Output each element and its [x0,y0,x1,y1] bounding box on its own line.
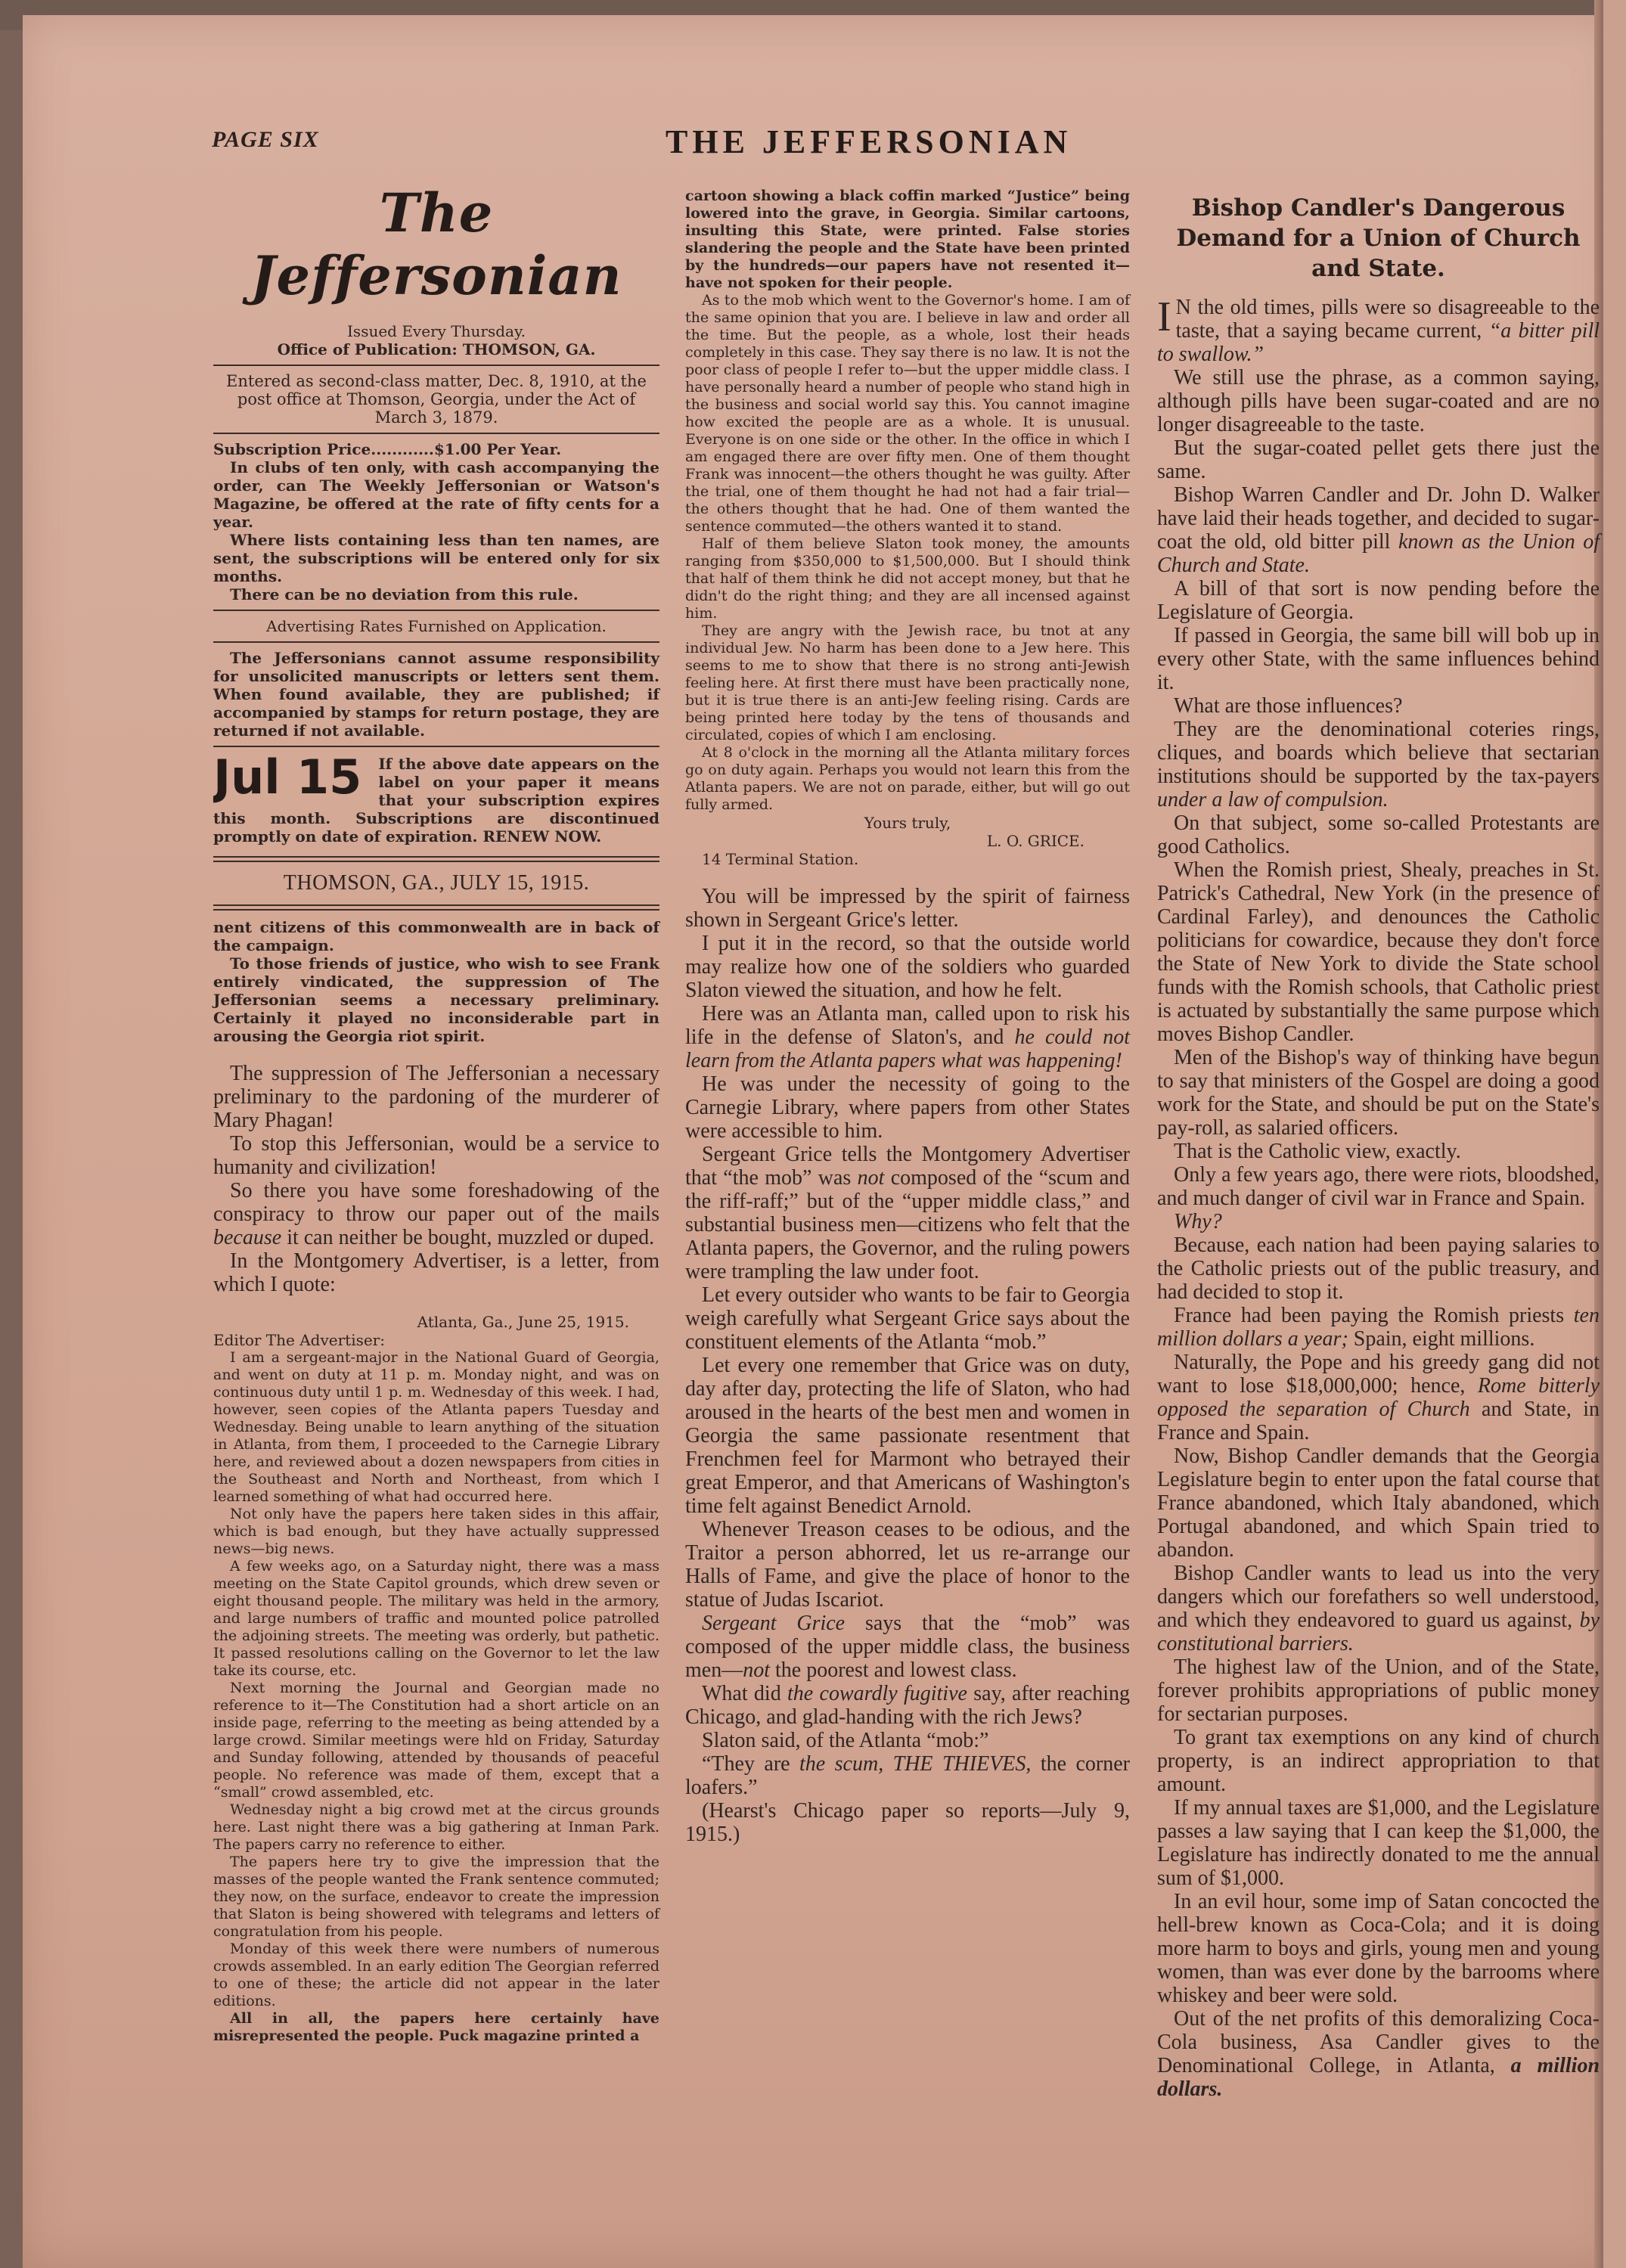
article-text: In an evil hour, some imp of Satan conco… [1157,1890,1600,2007]
letter-address: 14 Terminal Station. [685,850,1130,868]
column-left: The Jeffersonian Issued Every Thursday. … [213,182,659,2045]
article-text: To stop this Jeffersonian, would be a se… [213,1132,659,1179]
letter-closing: Yours truly, [685,814,1130,832]
letter-text: Wednesday night a big crowd met at the c… [213,1801,659,1854]
article-text: What are those influences? [1157,694,1600,718]
article-text: Bishop Candler wants to lead us into the… [1157,1562,1600,1655]
column-right: Bishop Candler's Dangerous Demand for a … [1157,193,1600,2101]
article-text: To those friends of justice, who wish to… [213,954,659,1045]
article-text: I put it in the record, so that the outs… [685,932,1130,1002]
article-text: The suppression of The Jeffersonian a ne… [213,1062,659,1132]
issued-line: Issued Every Thursday. [213,322,659,340]
divider [213,610,659,611]
article-text: They are the denominational coteries rin… [1157,718,1600,811]
article-text: Whenever Treason ceases to be odious, an… [685,1518,1130,1612]
expiry-box: Jul 15 If the above date appears on the … [213,755,659,845]
lists-notice: Where lists containing less than ten nam… [213,531,659,585]
letter-salutation: Editor The Advertiser: [213,1331,659,1349]
article-text: You will be impressed by the spirit of f… [685,885,1130,932]
article-text: Sergeant Grice says that the “mob” was c… [685,1612,1130,1682]
adjacent-page-strip [1603,0,1626,2268]
responsibility-notice: The Jeffersonians cannot assume responsi… [213,649,659,740]
article-text: Let every outsider who wants to be fair … [685,1283,1130,1354]
letter-text: I am a sergeant-major in the National Gu… [213,1349,659,1506]
article-text: So there you have some foreshadowing of … [213,1179,659,1249]
divider [213,433,659,434]
divider [213,641,659,643]
letter-text: A few weeks ago, on a Saturday night, th… [213,1558,659,1680]
letter-text: Monday of this week there were numbers o… [213,1941,659,2010]
article-text: Why? [1157,1210,1600,1233]
letter-signature: L. O. GRICE. [685,832,1130,850]
advertising-notice: Advertising Rates Furnished on Applicati… [213,617,659,635]
letter-text: Not only have the papers here taken side… [213,1506,659,1558]
article-text: That is the Catholic view, exactly. [1157,1140,1600,1163]
article-text: Out of the net profits of this demoraliz… [1157,2007,1600,2101]
article-text: To grant tax exemptions on any kind of c… [1157,1726,1600,1796]
letter-text: As to the mob which went to the Governor… [685,292,1130,535]
article-text: In the Montgomery Advertiser, is a lette… [213,1249,659,1296]
article-text: If my annual taxes are $1,000, and the L… [1157,1796,1600,1890]
double-divider [213,904,659,911]
article-text: What did the cowardly fugitive say, afte… [685,1682,1130,1729]
letter-text: At 8 o'clock in the morning all the Atla… [685,744,1130,814]
no-deviation-notice: There can be no deviation from this rule… [213,585,659,603]
article-headline: Bishop Candler's Dangerous Demand for a … [1157,193,1600,284]
office-line: Office of Publication: THOMSON, GA. [213,340,659,358]
article-text: Now, Bishop Candler demands that the Geo… [1157,1444,1600,1562]
dateline: THOMSON, GA., JULY 15, 1915. [213,868,659,898]
article-text: We still use the phrase, as a common say… [1157,366,1600,436]
article-text: Bishop Warren Candler and Dr. John D. Wa… [1157,483,1600,577]
expiry-date: Jul 15 [213,755,362,800]
column-middle: cartoon showing a black coffin marked “J… [685,188,1130,1846]
letter-text: Next morning the Journal and Georgian ma… [213,1680,659,1801]
masthead-title: The Jeffersonian [213,182,659,307]
running-title: THE JEFFERSONIAN [666,123,1072,161]
article-text: But the sugar-coated pellet gets there j… [1157,436,1600,483]
article-text: (Hearst's Chicago paper so reports—July … [685,1799,1130,1846]
entered-notice: Entered as second-class matter, Dec. 8, … [213,372,659,427]
article-text: He was under the necessity of going to t… [685,1072,1130,1143]
divider [213,365,659,366]
letter-text: All in all, the papers here certainly ha… [213,2010,659,2045]
article-text: A bill of that sort is now pending befor… [1157,577,1600,624]
article-text: When the Romish priest, Shealy, preaches… [1157,858,1600,1046]
drop-cap: I [1157,299,1171,335]
article-text: IN the old times, pills were so disagree… [1157,296,1600,366]
letter-text: The papers here try to give the impressi… [213,1854,659,1941]
double-divider [213,856,659,862]
article-text: On that subject, some so-called Protesta… [1157,811,1600,858]
article-text: Men of the Bishop's way of thinking have… [1157,1046,1600,1140]
article-text: Naturally, the Pope and his greedy gang … [1157,1351,1600,1444]
divider [213,746,659,747]
article-text: Here was an Atlanta man, called upon to … [685,1002,1130,1072]
page-number-label: PAGE SIX [212,127,319,153]
subscription-price: Subscription Price............$1.00 Per … [213,440,659,458]
article-text: Let every one remember that Grice was on… [685,1354,1130,1518]
letter-text: Half of them believe Slaton took money, … [685,535,1130,622]
article-text: Sergeant Grice tells the Montgomery Adve… [685,1143,1130,1283]
article-text: “They are the scum, THE THIEVES, the cor… [685,1752,1130,1799]
article-text: France had been paying the Romish priest… [1157,1304,1600,1351]
article-text: Because, each nation had been paying sal… [1157,1233,1600,1304]
clubs-notice: In clubs of ten only, with cash accompan… [213,458,659,531]
article-text: The highest law of the Union, and of the… [1157,1655,1600,1726]
letter-date: Atlanta, Ga., June 25, 1915. [213,1313,659,1331]
letter-text: They are angry with the Jewish race, bu … [685,622,1130,744]
article-text: Only a few years ago, there were riots, … [1157,1163,1600,1210]
article-text: Slaton said, of the Atlanta “mob:” [685,1729,1130,1752]
letter-text: cartoon showing a black coffin marked “J… [685,188,1130,292]
article-text: If passed in Georgia, the same bill will… [1157,624,1600,694]
article-text: nent citizens of this commonwealth are i… [213,918,659,954]
